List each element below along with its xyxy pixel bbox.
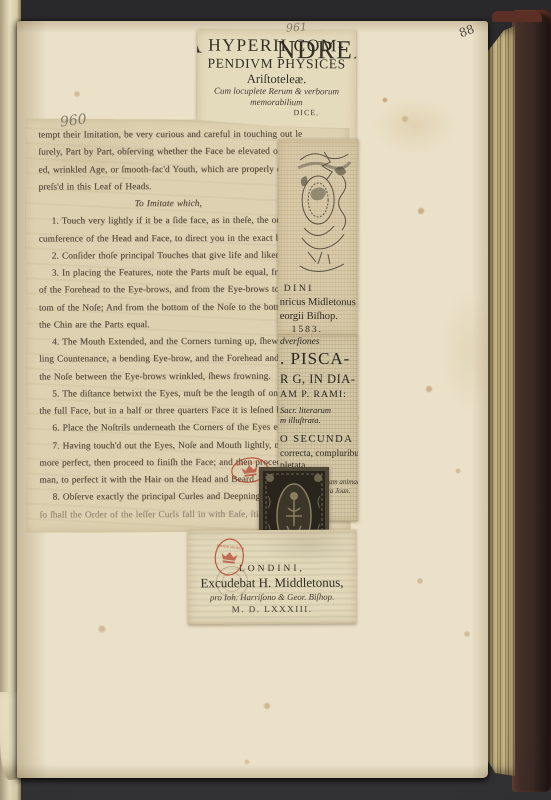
text-line: Sacr. literarum (280, 405, 358, 415)
fragment-midleton-imprint: DINI nricus Midletonus eorgii Biſhop. 15… (278, 139, 359, 335)
text-line: DINI (284, 283, 358, 296)
text-line: R G, IN DIA- (280, 372, 358, 387)
book-photograph: A NDREÆ HYPERII COM- PENDIVM PHYSICES Ar… (0, 0, 551, 800)
partial-letter: A (197, 30, 204, 60)
handwritten-number: 960 (59, 111, 87, 130)
title-line: Ariſtoteleæ. (197, 72, 356, 87)
text-line: 1583. (292, 324, 358, 335)
text-line: m illuſtrata. (280, 415, 358, 425)
woodcut-ornament (294, 146, 352, 278)
binding-top-edge (492, 11, 542, 22)
text-line: eorgii Biſhop. (280, 310, 358, 324)
text-line: M. D. LXXXIII. (188, 603, 356, 616)
text-line: AM P. RAMI: (280, 389, 358, 401)
text-line: Excudebat H. Middletonus, (188, 575, 356, 592)
book-binding (512, 10, 551, 792)
subtitle-line: Cum locuplete Rerum & verborum (197, 86, 356, 98)
text-line: O SECUNDA (280, 433, 358, 446)
fore-edge-pages (487, 26, 515, 776)
text-line: pro Ioh. Harriſono & Geor. Biſhop. (188, 591, 356, 604)
subtitle-line: DICE. (197, 108, 356, 119)
embossed-stamp (216, 566, 248, 598)
text-line: . PISCA- (280, 349, 358, 369)
imprint-block: DINI nricus Midletonus eorgii Biſhop. 15… (278, 283, 358, 335)
text-line: correcta, compluribus (280, 448, 358, 460)
text-line: dverſiones (280, 336, 358, 348)
handwritten-number: 961 (286, 20, 308, 34)
text-line: nricus Midletonus (280, 296, 358, 310)
subtitle-line: memorabilium (197, 97, 356, 109)
